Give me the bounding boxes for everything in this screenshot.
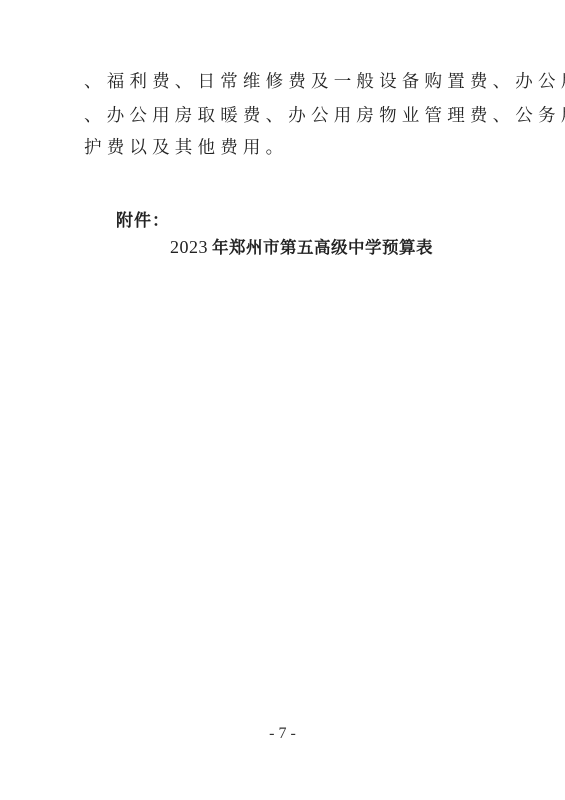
body-text-line: 、福利费、日常维修费及一般设备购置费、办公用房水电费 <box>84 68 565 93</box>
attachment-label: 附件： <box>116 206 170 231</box>
body-text-line: 护费以及其他费用。 <box>84 134 288 159</box>
body-text-line: 、办公用房取暖费、办公用房物业管理费、公务用车运行维 <box>84 102 565 127</box>
attachment-title-year: 2023 <box>170 237 208 257</box>
attachment-title: 2023年郑州市第五高级中学预算表 <box>170 234 433 258</box>
document-page: 、福利费、日常维修费及一般设备购置费、办公用房水电费 、办公用房取暖费、办公用房… <box>0 0 565 800</box>
attachment-title-text: 年郑州市第五高级中学预算表 <box>212 238 433 257</box>
page-number: - 7 - <box>0 725 565 743</box>
